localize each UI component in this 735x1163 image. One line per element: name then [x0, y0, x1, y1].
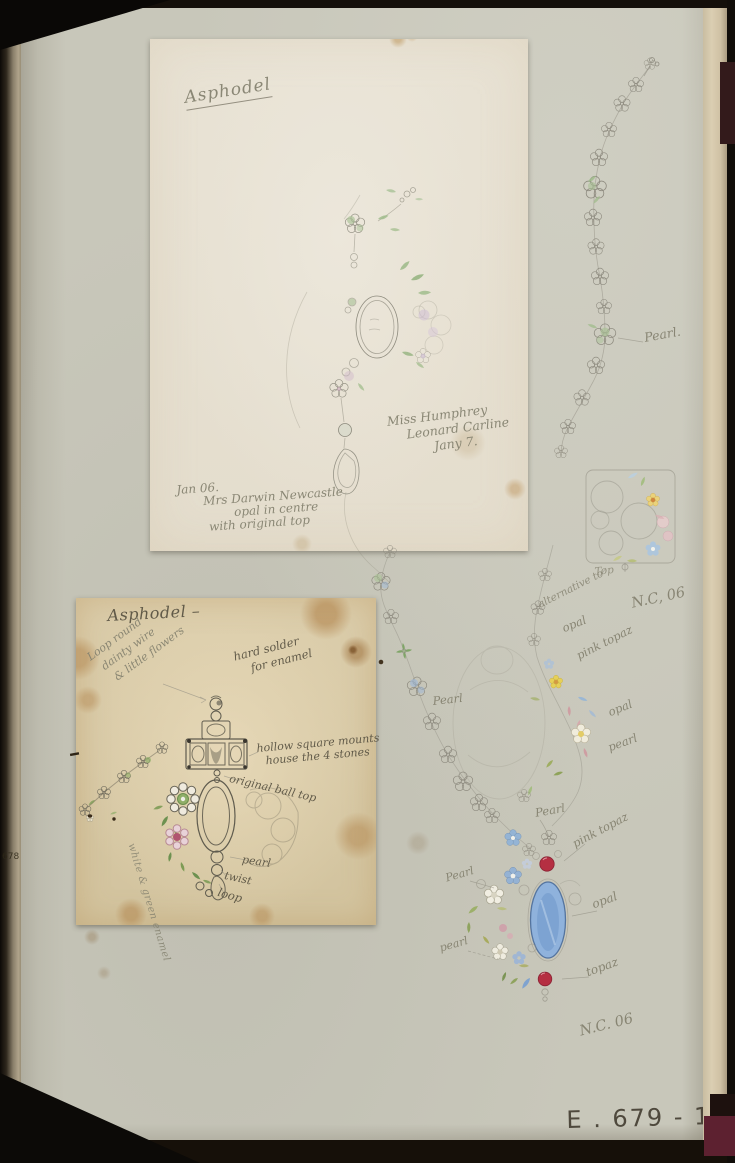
right-binding [727, 0, 735, 1163]
binding-accent-top-right [720, 62, 735, 144]
scanned-sketchbook-page: Asphodel Jan 06. Mrs Darwin Newcastle op… [0, 0, 735, 1163]
folio-mark: 678 [2, 852, 19, 862]
left-page-edges [0, 0, 21, 1163]
binding-shadow-bottom-right [710, 1094, 735, 1118]
right-fore-edge [703, 0, 728, 1163]
binding-accent-bottom-right [704, 1116, 735, 1156]
